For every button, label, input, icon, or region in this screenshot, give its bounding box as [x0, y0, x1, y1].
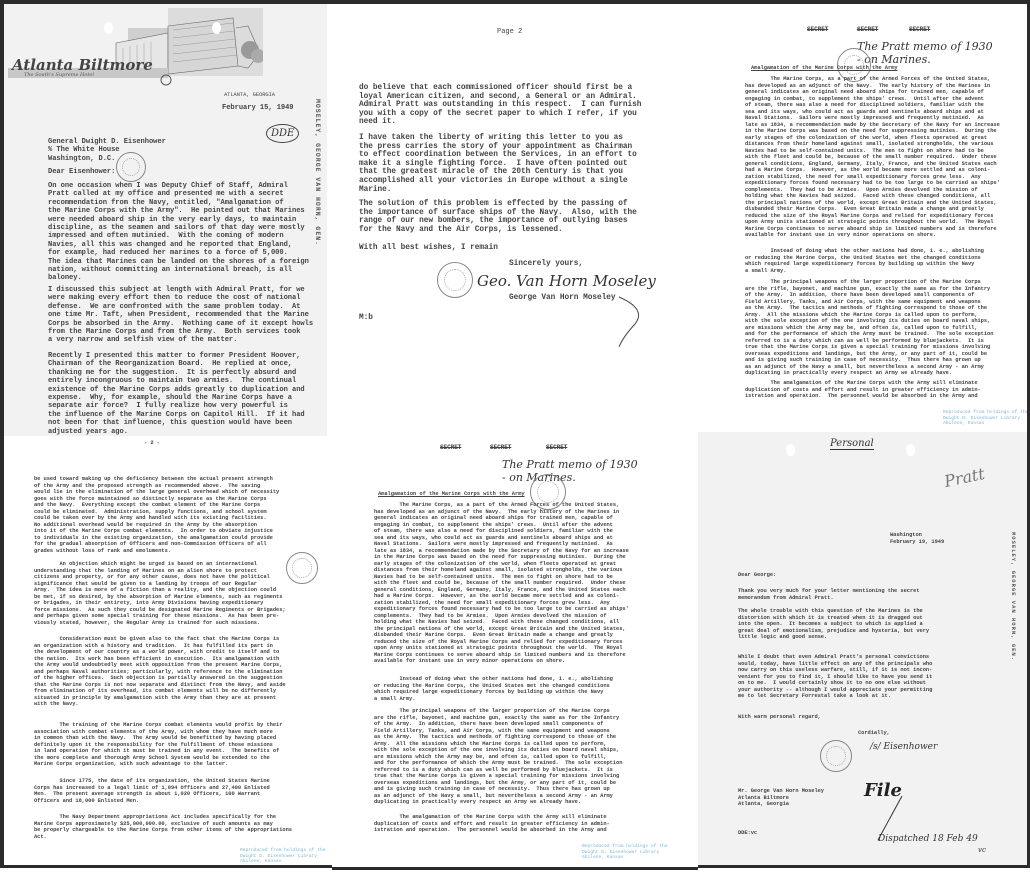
paragraph-1: The Marine Corps, as a part of the Armed… — [374, 502, 629, 665]
library-stamp-text: Reproduced from holdings of the Dwight D… — [582, 844, 667, 861]
paragraph-6: The Navy Department appropriations Act i… — [34, 814, 292, 840]
handwritten-name-note: Pratt — [942, 464, 986, 491]
letter-place: Washington — [890, 532, 922, 539]
recipient-address: Mr. George Van Horn Moseley Atlanta Bilt… — [738, 788, 824, 808]
complimentary-closing: Sincerely yours, — [509, 260, 583, 268]
punch-hole — [786, 444, 795, 456]
paragraph-3: While I doubt that even Admiral Pratt's … — [738, 654, 932, 700]
classification-mark: SECRET — [490, 444, 511, 452]
punch-hole — [212, 22, 221, 34]
hotel-tagline: The South's Supreme Hotel — [24, 72, 94, 78]
classification-mark: SECRET — [909, 26, 930, 34]
paragraph-3: The solution of this problem is effected… — [359, 200, 637, 234]
complimentary-closing: Cordially, — [858, 730, 890, 737]
paragraph-5: Since 1775, the date of its organization… — [34, 778, 270, 804]
paragraph-1: On one occasion when I was Deputy Chief … — [48, 182, 309, 283]
paragraph-2: I discussed this subject at length with … — [48, 286, 313, 345]
side-file-stamp: MOSELEY, GEORGE VAN HORN, GEN. — [1010, 532, 1017, 661]
letter-date: February 19, 1949 — [890, 539, 944, 546]
paragraph-1: The Marine Corps, as a part of the Armed… — [745, 76, 1000, 239]
paragraph-1: be used toward making up the deficiency … — [34, 476, 279, 554]
paragraph-2: The whole trouble with this question of … — [738, 608, 929, 641]
letterhead-city: ATLANTA, GEORGIA — [224, 92, 275, 99]
paragraph-3: The principal weapons of the larger prop… — [374, 708, 622, 806]
eisenhower-reply-letter: Personal Pratt Washington February 19, 1… — [698, 432, 1030, 868]
classification-mark: SECRET — [440, 444, 461, 452]
classification-mark: SECRET — [857, 26, 878, 34]
paragraph-3: The principal weapons of the larger prop… — [745, 279, 993, 377]
punch-hole — [104, 22, 113, 34]
hotel-letterhead: Atlanta Biltmore The South's Supreme Hot… — [8, 8, 263, 86]
paragraph-3: Recently I presented this matter to form… — [48, 352, 305, 436]
paragraph-1: do believe that each commissioned office… — [359, 84, 641, 127]
paragraph-4: The training of the Marine Corps combat … — [34, 722, 282, 768]
paragraph-2: I have taken the liberty of writing this… — [359, 134, 637, 194]
handwritten-note: The Pratt memo of 1930 - on Marines. — [857, 40, 997, 66]
handwritten-signature: Geo. Van Horn Moseley — [477, 272, 656, 290]
pratt-memo-page-1: SECRET SECRET SECRET The Pratt memo of 1… — [697, 0, 1030, 432]
salutation: Dear George: — [738, 572, 776, 579]
handwritten-initials: DDE — [266, 124, 299, 143]
library-stamp-circle — [820, 740, 852, 772]
pratt-memo-page-2: - 2 - be used toward making up the defic… — [0, 436, 332, 868]
reference-initials: M:b — [359, 314, 373, 322]
closing-line: With all best wishes, I remain — [359, 244, 498, 252]
handwritten-signature: /s/ Eisenhower — [870, 742, 937, 752]
page-label: - 2 - — [144, 440, 160, 447]
library-stamp-circle — [286, 552, 318, 584]
salutation: Dear Eisenhower: — [48, 168, 115, 176]
library-stamp-text: Reproduced from holdings of the Dwight D… — [943, 410, 1028, 427]
classification-mark: SECRET — [546, 444, 567, 452]
moseley-letter-page-2: Page 2 do believe that each commissioned… — [327, 0, 697, 430]
memo-title: Amalgamation of the Marine Corps with th… — [378, 490, 525, 498]
classification-mark: SECRET — [807, 26, 828, 34]
side-file-stamp: MOSELEY, GEORGE VAN HORN, GEN. — [314, 99, 321, 246]
library-stamp-circle — [437, 262, 473, 298]
paragraph-2: Instead of doing what the other nations … — [745, 248, 984, 274]
pratt-memo-page-1-copy: SECRET SECRET SECRET The Pratt memo of 1… — [332, 430, 698, 870]
library-stamp-circle — [116, 152, 146, 182]
punch-hole — [906, 444, 915, 456]
handwritten-dispatch-initials: vc — [978, 846, 986, 854]
paragraph-2: An objection which might be urged is bas… — [34, 561, 286, 626]
paragraph-2: Instead of doing what the other nations … — [374, 676, 613, 702]
reference-initials: DDE:vc — [738, 830, 757, 837]
letter-date: February 15, 1949 — [222, 104, 294, 112]
library-stamp-text: Reproduced from holdings of the Dwight D… — [240, 848, 325, 865]
memo-title: Amalgamation of the Marine Corps with th… — [751, 64, 898, 72]
handwritten-dispatch-note: Dispatched 18 Feb 49 — [878, 834, 978, 844]
moseley-letter-page-1: Atlanta Biltmore The South's Supreme Hot… — [0, 0, 327, 436]
paragraph-4: The amalgamation of the Marine Corps wit… — [745, 380, 981, 400]
paragraph-1: Thank you very much for your letter ment… — [738, 588, 920, 601]
handwritten-note: The Pratt memo of 1930 - on Marines. — [502, 458, 642, 484]
page-label: Page 2 — [497, 28, 522, 36]
handwritten-personal-mark: Personal — [830, 438, 874, 450]
recipient-address: General Dwight D. Eisenhower % The White… — [48, 138, 166, 163]
paragraph-3: Consideration must be given also to the … — [34, 636, 286, 708]
regards-line: With warm personal regard, — [738, 714, 821, 721]
paragraph-4: The amalgamation of the Marine Corps wit… — [374, 814, 610, 834]
signature-flourish — [617, 289, 657, 349]
signer-name: George Van Horn Moseley — [509, 294, 615, 302]
